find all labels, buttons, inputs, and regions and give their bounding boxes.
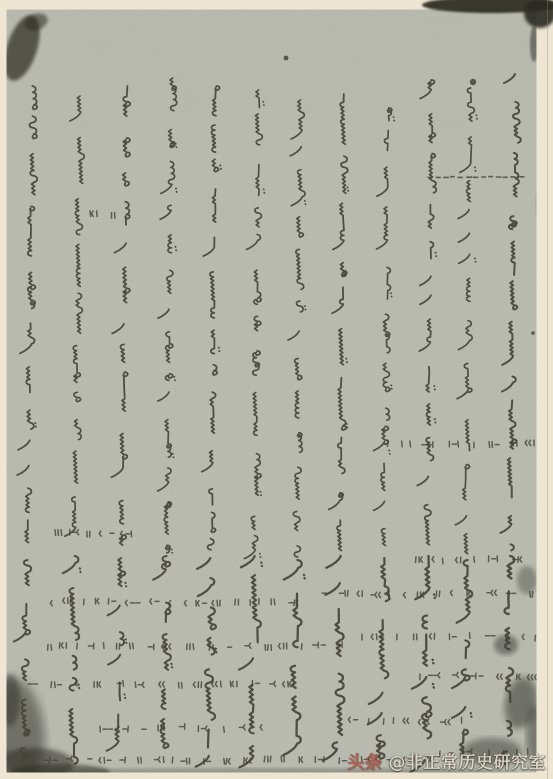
ink-dot — [284, 56, 289, 61]
ink-dot — [470, 79, 476, 85]
manuscript-photo — [0, 0, 553, 779]
ink-smudge — [536, 191, 544, 219]
ink-smudge — [0, 674, 20, 726]
ink-smudge — [517, 566, 537, 594]
toutiao-watermark: 头条 @非正常历史研究室 — [347, 748, 546, 773]
ink-dot — [531, 331, 535, 335]
manuscript-page: 头条 @非正常历史研究室 — [0, 0, 553, 779]
watermark-handle-label: @非正常历史研究室 — [389, 753, 547, 773]
ink-smudge — [530, 26, 538, 62]
paper-mottle — [7, 10, 537, 773]
watermark-brand-label: 头条 — [347, 753, 382, 773]
page-edge-crease — [547, 0, 548, 779]
